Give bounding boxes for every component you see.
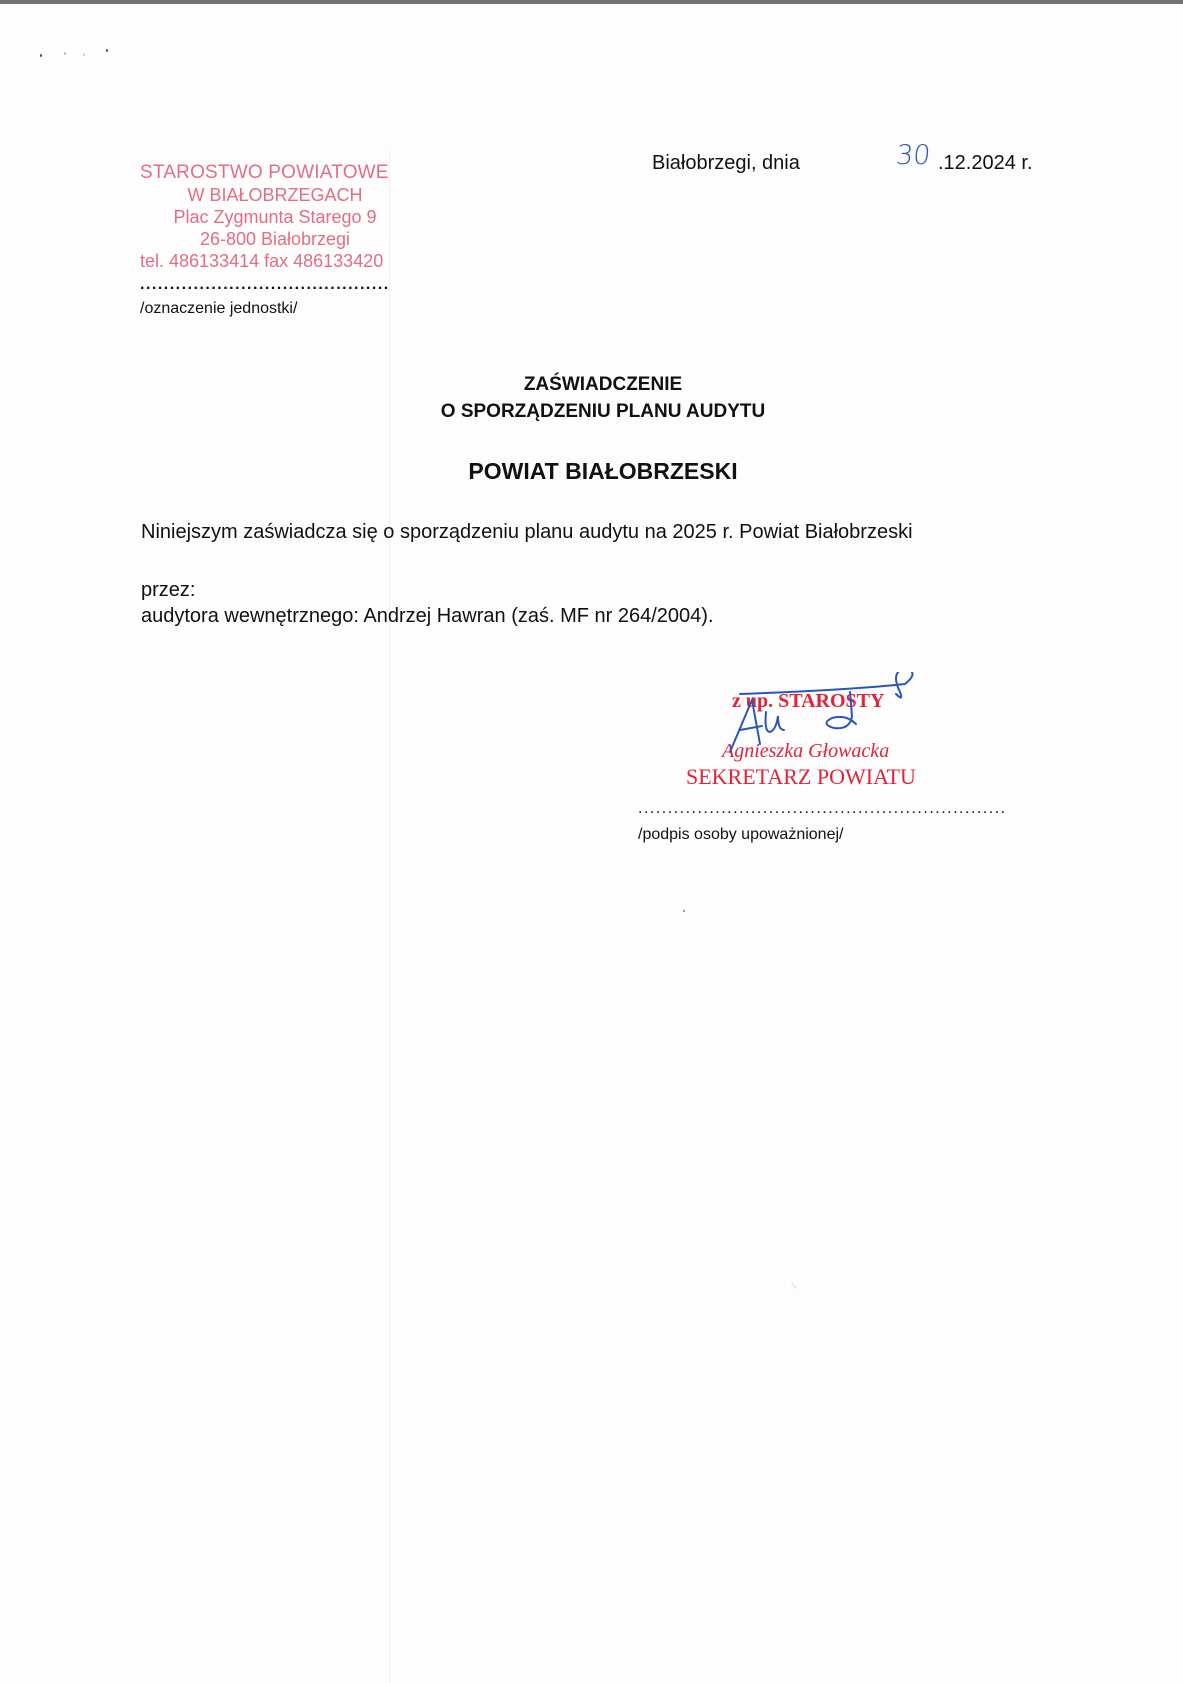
signature-caption: /podpis osoby upoważnionej/: [638, 826, 843, 844]
entity-name: POWIAT BIAŁOBRZESKI: [0, 458, 1183, 485]
scan-speck: [683, 910, 685, 912]
handwritten-day: 30: [894, 140, 932, 171]
scan-specks: [38, 52, 118, 62]
scan-speck: [791, 1282, 797, 1289]
by-label: przez:: [141, 579, 195, 602]
stamp-line: W BIAŁOBRZEGACH: [140, 184, 410, 206]
auditor-text: audytora wewnętrznego: Andrzej Hawran (z…: [141, 605, 714, 628]
stamp-line: tel. 486133414 fax 486133420: [140, 250, 410, 272]
place-label: Białobrzegi, dnia: [652, 152, 800, 175]
unit-caption: /oznaczenie jednostki/: [140, 300, 297, 318]
unit-stamp: STAROSTWO POWIATOWE W BIAŁOBRZEGACH Plac…: [140, 162, 410, 272]
unit-dotted-line: ........................................…: [140, 276, 412, 294]
document-subtitle: O SPORZĄDZENIU PLANU AUDYTU: [0, 401, 1183, 423]
stamp-line: 26-800 Białobrzegi: [140, 228, 410, 250]
document-title: ZAŚWIADCZENIE: [0, 374, 1183, 396]
scan-top-edge: [0, 0, 1183, 4]
signature-dotted-line: ........................................…: [638, 800, 1034, 818]
stamp-line: Plac Zygmunta Starego 9: [140, 206, 410, 228]
stamp-line: STAROSTWO POWIATOWE: [140, 162, 410, 184]
signatory-role: SEKRETARZ POWIATU: [686, 764, 916, 790]
statement-text: Niniejszym zaświadcza się o sporządzeniu…: [141, 521, 913, 544]
handwritten-signature-icon: [700, 672, 930, 762]
date-rest: .12.2024 r.: [938, 152, 1033, 175]
